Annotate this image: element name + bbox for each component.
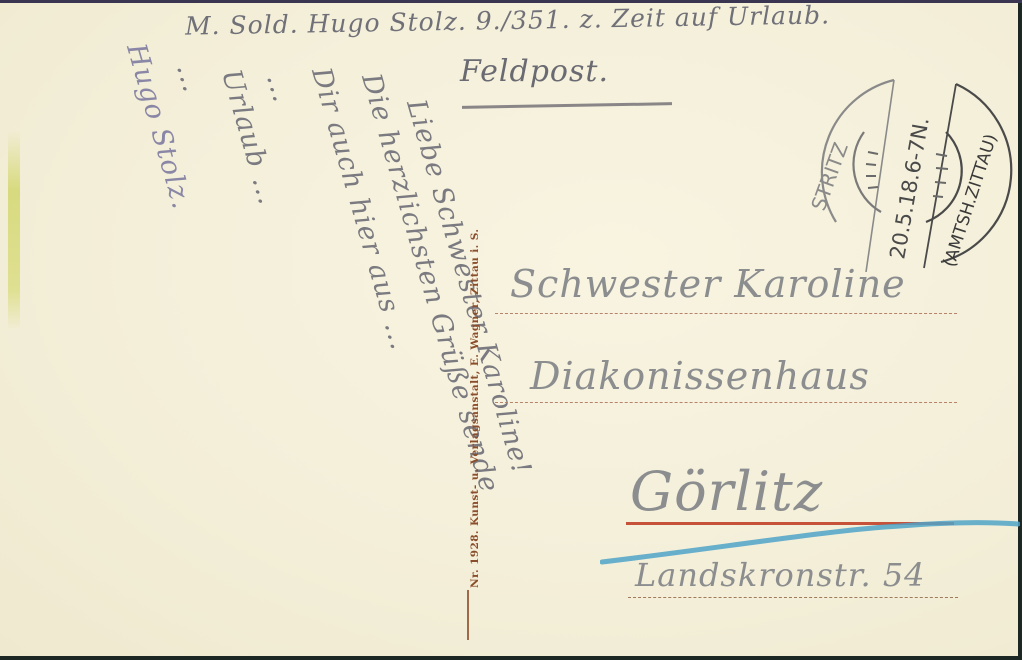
postcard-back: M. Sold. Hugo Stolz. 9./351. z. Zeit auf… [0,0,1021,660]
address-rule-1 [495,313,957,314]
message-line-4: ... [260,70,298,106]
address-line-1: Schwester Karoline [510,262,906,306]
publisher-imprint: Nr. 1928. Kunst- u. Verlagsanstalt, E. W… [469,229,481,588]
address-line-3-city: Görlitz [630,460,823,523]
edge-stain [8,130,20,330]
postmark-stamp-icon: STRITZ 20.5.18.6-7N. (AMTSH.ZITTAU) [806,72,1016,272]
feldpost-mark: Feldpost. [460,54,609,89]
divider-line [467,590,469,640]
svg-text:STRITZ: STRITZ [806,139,853,214]
address-line-4-street: Landskronstr. 54 [635,556,926,594]
feldpost-underline [462,102,672,109]
address-rule-4 [628,597,958,598]
address-rule-2 [495,402,957,403]
message-line-6: ... [170,60,208,96]
svg-text:20.5.18.6-7N.: 20.5.18.6-7N. [885,115,934,261]
card-top-edge [0,0,1022,3]
sender-header-note: M. Sold. Hugo Stolz. 9./351. z. Zeit auf… [185,0,830,40]
address-line-2: Diakonissenhaus [530,354,870,398]
